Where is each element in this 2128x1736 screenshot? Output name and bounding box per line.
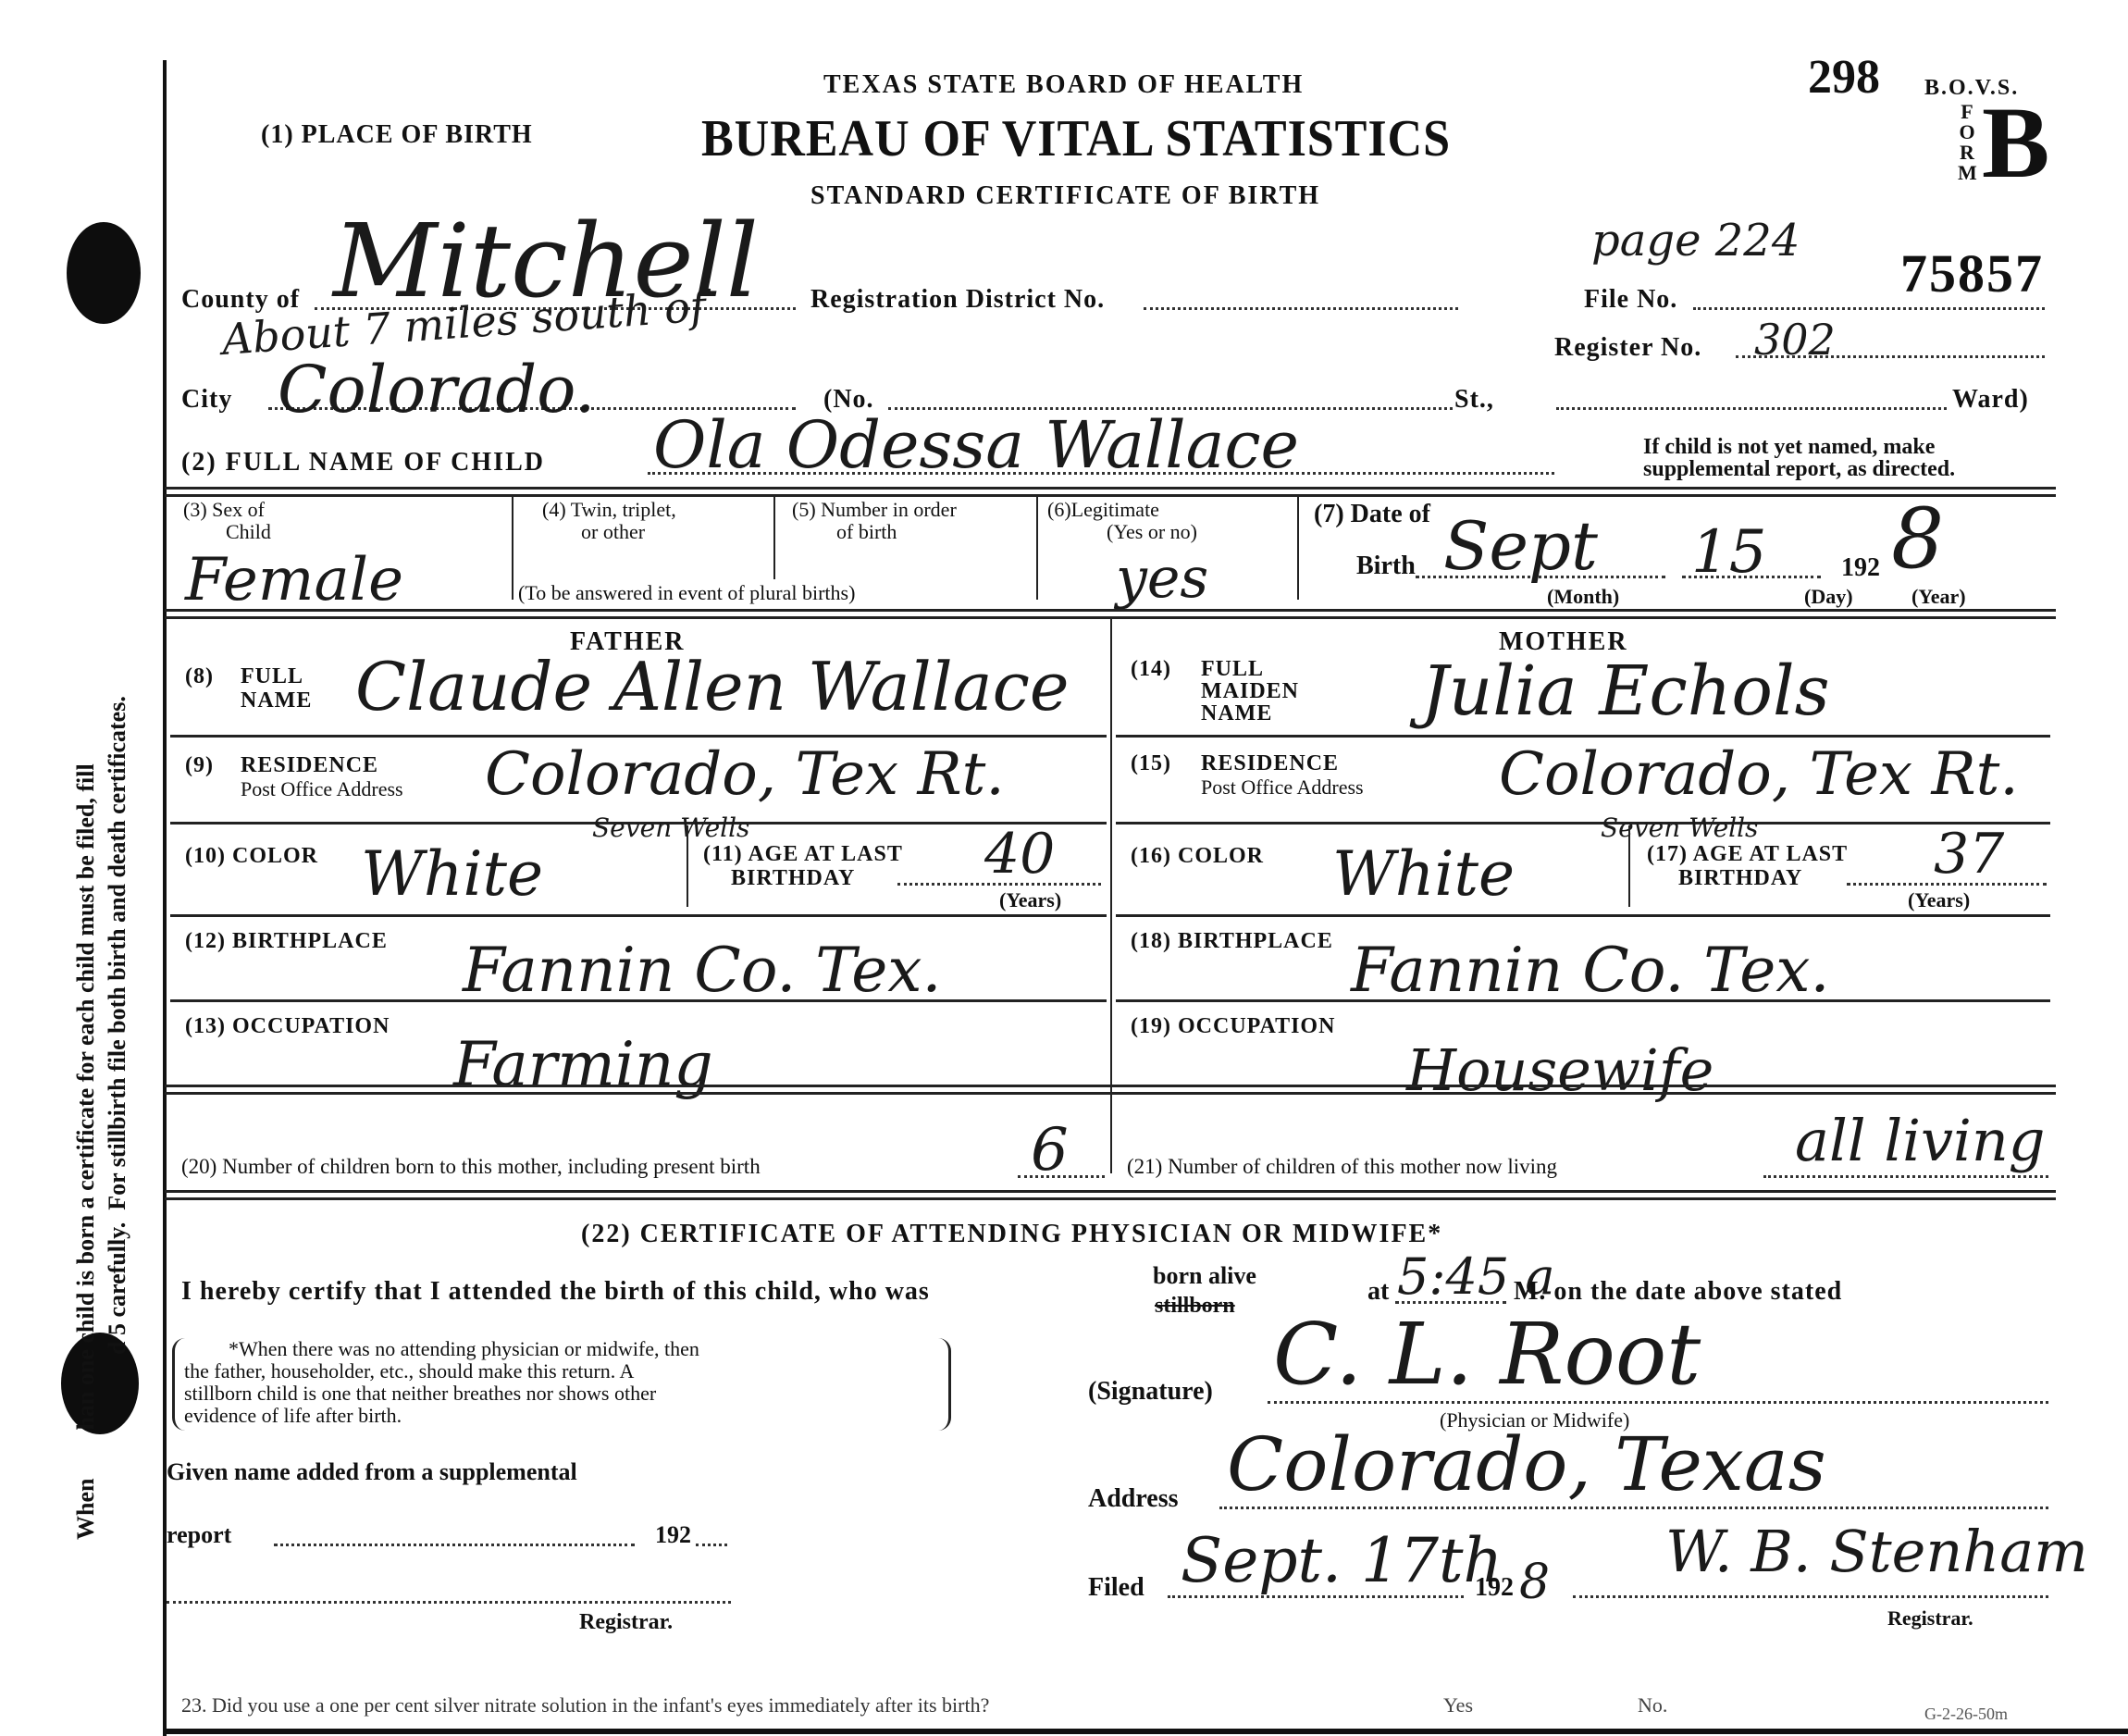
- supplemental-line-1: Given name added from a supplemental: [167, 1458, 577, 1486]
- at-label: at: [1367, 1277, 1389, 1307]
- form-letter: B: [1982, 96, 2049, 189]
- form-bottom-border: [163, 1729, 2128, 1734]
- footnote-line-2: the father, householder, etc., should ma…: [184, 1360, 939, 1383]
- supplemental-year-prefix: 192: [655, 1521, 691, 1549]
- row-divider: [170, 735, 1107, 738]
- row-divider: [170, 999, 1107, 1002]
- registrar-label: Registrar.: [1887, 1606, 1973, 1631]
- legitimate-label-1: (6)Legitimate: [1047, 498, 1159, 522]
- binder-hole-top: [67, 222, 141, 324]
- mother-age-label-1: (17) AGE AT LAST: [1647, 842, 1848, 867]
- address-label: Address: [1088, 1484, 1179, 1514]
- mother-color-label: (16) COLOR: [1131, 844, 1264, 869]
- mother-residence-value: Colorado, Tex Rt.: [1499, 740, 2019, 809]
- footnote-line-3: stillborn child is one that neither brea…: [184, 1383, 939, 1405]
- attendant-heading: (22) CERTIFICATE OF ATTENDING PHYSICIAN …: [581, 1220, 1442, 1249]
- city-label: City: [181, 385, 232, 415]
- question-23-no: No.: [1638, 1693, 1667, 1717]
- father-name-value: Claude Allen Wallace: [355, 648, 1070, 725]
- row-divider: [1116, 914, 2050, 917]
- row-divider: [1116, 822, 2050, 825]
- register-no-label: Register No.: [1554, 333, 1701, 363]
- father-residence-note: Seven Wells: [592, 812, 749, 843]
- physician-signature: C. L. Root: [1273, 1305, 1701, 1404]
- bureau-title: BUREAU OF VITAL STATISTICS: [701, 109, 1451, 168]
- mother-age-value: 37: [1934, 822, 2004, 887]
- father-residence-label-2: Post Office Address: [241, 777, 403, 801]
- col-divider: [1297, 496, 1299, 600]
- children-born-label: (20) Number of children born to this mot…: [181, 1155, 761, 1179]
- registrar-field: [1573, 1595, 2048, 1598]
- file-no-value: 75857: [1900, 242, 2044, 304]
- register-no-value: 302: [1754, 315, 1836, 365]
- registrar-signature: W. B. Stenham: [1665, 1518, 2088, 1585]
- footnote-line-4: evidence of life after birth.: [184, 1405, 939, 1427]
- dob-label-1: (7) Date of: [1314, 500, 1430, 529]
- year-caption: (Year): [1911, 585, 1966, 609]
- child-name-label: (2) FULL NAME OF CHILD: [181, 448, 545, 477]
- mother-name-label-2: MAIDEN: [1201, 679, 1299, 704]
- page-note: page 224: [1591, 215, 1800, 267]
- supplemental-registrar-label: Registrar.: [579, 1610, 673, 1635]
- mother-residence-label-1: RESIDENCE: [1201, 751, 1339, 776]
- not-named-note-1: If child is not yet named, make: [1643, 435, 1935, 460]
- time-suffix: M. on the date above stated: [1514, 1277, 1842, 1307]
- file-no-label: File No.: [1584, 285, 1677, 315]
- children-living-field: [1763, 1175, 2048, 1178]
- city-value: Colorado.: [278, 352, 595, 428]
- twin-label-1: (4) Twin, triplet,: [542, 498, 676, 522]
- mother-age-label-2: BIRTHDAY: [1678, 866, 1802, 891]
- father-residence-num: (9): [185, 753, 214, 778]
- form-word-vertical: FORM: [1958, 102, 1976, 183]
- col-divider: [512, 496, 513, 600]
- father-name-label-1: FULL: [241, 664, 303, 689]
- side-note-line-2: d 5 carefully. For stillbirth file both …: [102, 337, 133, 1540]
- father-occupation-label: (13) OCCUPATION: [185, 1014, 390, 1039]
- mother-name-num: (14): [1131, 657, 1171, 682]
- footnote-line-1: *When there was no attending physician o…: [184, 1338, 939, 1360]
- day-caption: (Day): [1804, 585, 1853, 609]
- certify-text: I hereby certify that I attended the bir…: [181, 1277, 930, 1307]
- dob-month-value: Sept: [1443, 507, 1598, 585]
- sex-label-2: Child: [226, 520, 271, 544]
- section-divider: [165, 609, 2056, 612]
- registration-district-field: [1144, 307, 1458, 310]
- board-title: TEXAS STATE BOARD OF HEALTH: [823, 70, 1304, 100]
- parents-divider: [1110, 618, 1112, 1173]
- order-label-1: (5) Number in order: [792, 498, 957, 522]
- section-divider: [165, 487, 2056, 490]
- mother-residence-label-2: Post Office Address: [1201, 775, 1364, 800]
- col-divider: [773, 496, 775, 579]
- certificate-title: STANDARD CERTIFICATE OF BIRTH: [810, 181, 1320, 211]
- street-st-label: St.,: [1454, 385, 1494, 415]
- form-number-stamp: 298: [1808, 50, 1880, 105]
- legitimate-value: yes: [1116, 546, 1208, 611]
- born-alive-option: born alive: [1153, 1262, 1256, 1290]
- father-name-num: (8): [185, 664, 214, 689]
- mother-residence-note: Seven Wells: [1601, 812, 1758, 843]
- father-years-caption: (Years): [999, 888, 1061, 912]
- dob-year-value: 8: [1891, 490, 1944, 588]
- father-occupation-value: Farming: [453, 1029, 713, 1100]
- legitimate-label-2: (Yes or no): [1107, 520, 1197, 544]
- mother-occupation-label: (19) OCCUPATION: [1131, 1014, 1335, 1039]
- section-divider: [165, 1085, 2056, 1087]
- col-divider: [1628, 825, 1630, 907]
- sex-label-1: (3) Sex of: [183, 498, 265, 522]
- mother-birthplace-value: Fannin Co. Tex.: [1351, 935, 1829, 1006]
- dob-label-2: Birth: [1356, 552, 1416, 581]
- mother-name-value: Julia Echols: [1421, 651, 1830, 731]
- father-color-label: (10) COLOR: [185, 844, 318, 869]
- row-divider: [170, 914, 1107, 917]
- col-divider: [1036, 496, 1038, 600]
- father-residence-value: Colorado, Tex Rt.: [485, 740, 1005, 809]
- father-color-value: White: [361, 838, 543, 910]
- supplemental-report-label: report: [167, 1521, 231, 1549]
- month-caption: (Month): [1547, 585, 1619, 609]
- children-born-value: 6: [1031, 1116, 1069, 1184]
- place-of-birth-label: (1) PLACE OF BIRTH: [261, 120, 533, 150]
- mother-name-label-1: FULL: [1201, 657, 1264, 682]
- filed-date-value: Sept. 17th: [1181, 1525, 1503, 1596]
- signature-label: (Signature): [1088, 1377, 1213, 1407]
- filed-year-value: 8: [1519, 1555, 1550, 1610]
- supplemental-registrar-field: [167, 1601, 731, 1604]
- father-age-label-2: BIRTHDAY: [731, 866, 855, 891]
- father-birthplace-value: Fannin Co. Tex.: [463, 935, 941, 1006]
- mother-name-label-3: NAME: [1201, 701, 1272, 726]
- father-residence-label-1: RESIDENCE: [241, 753, 378, 778]
- plural-births-note: (To be answered in event of plural birth…: [518, 581, 855, 605]
- footnote-box: *When there was no attending physician o…: [172, 1338, 951, 1431]
- registration-district-label: Registration District No.: [810, 285, 1105, 315]
- question-23: 23. Did you use a one per cent silver ni…: [181, 1693, 989, 1717]
- mother-color-value: White: [1332, 838, 1515, 910]
- sex-value: Female: [185, 546, 403, 614]
- father-age-value: 40: [984, 822, 1055, 887]
- father-age-label-1: (11) AGE AT LAST: [703, 842, 903, 867]
- children-living-label: (21) Number of children of this mother n…: [1127, 1155, 1557, 1179]
- col-divider: [687, 825, 688, 907]
- father-name-label-2: NAME: [241, 688, 312, 713]
- address-value: Colorado, Texas: [1227, 1421, 1826, 1507]
- file-no-field: [1693, 307, 2045, 310]
- supplemental-year-field: [696, 1544, 727, 1546]
- side-note-line-1: When han one child is born a certificate…: [70, 337, 102, 1540]
- mother-years-caption: (Years): [1908, 888, 1970, 912]
- not-named-note-2: supplemental report, as directed.: [1643, 457, 1955, 482]
- mother-residence-num: (15): [1131, 751, 1171, 776]
- ward-field: [1556, 407, 1947, 410]
- mother-birthplace-label: (18) BIRTHPLACE: [1131, 929, 1333, 954]
- row-divider: [1116, 735, 2050, 738]
- twin-label-2: or other: [581, 520, 645, 544]
- print-code: G-2-26-50m: [1924, 1705, 2008, 1724]
- filed-label: Filed: [1088, 1573, 1144, 1603]
- children-living-value: all living: [1795, 1107, 2045, 1174]
- section-divider: [165, 1190, 2056, 1193]
- dob-year-prefix: 192: [1841, 553, 1880, 583]
- side-note: When han one child is born a certificate…: [70, 337, 133, 1540]
- child-name-value: Ola Odessa Wallace: [653, 407, 1299, 483]
- question-23-yes: Yes: [1443, 1693, 1473, 1717]
- order-label-2: of birth: [836, 520, 897, 544]
- row-divider: [1116, 999, 2050, 1002]
- supplemental-report-field: [274, 1544, 635, 1546]
- stillborn-option: stillborn: [1155, 1294, 1235, 1319]
- dob-day-value: 15: [1691, 518, 1766, 587]
- ward-label: Ward): [1952, 385, 2029, 415]
- filed-year-prefix: 192: [1475, 1573, 1514, 1603]
- father-birthplace-label: (12) BIRTHPLACE: [185, 929, 388, 954]
